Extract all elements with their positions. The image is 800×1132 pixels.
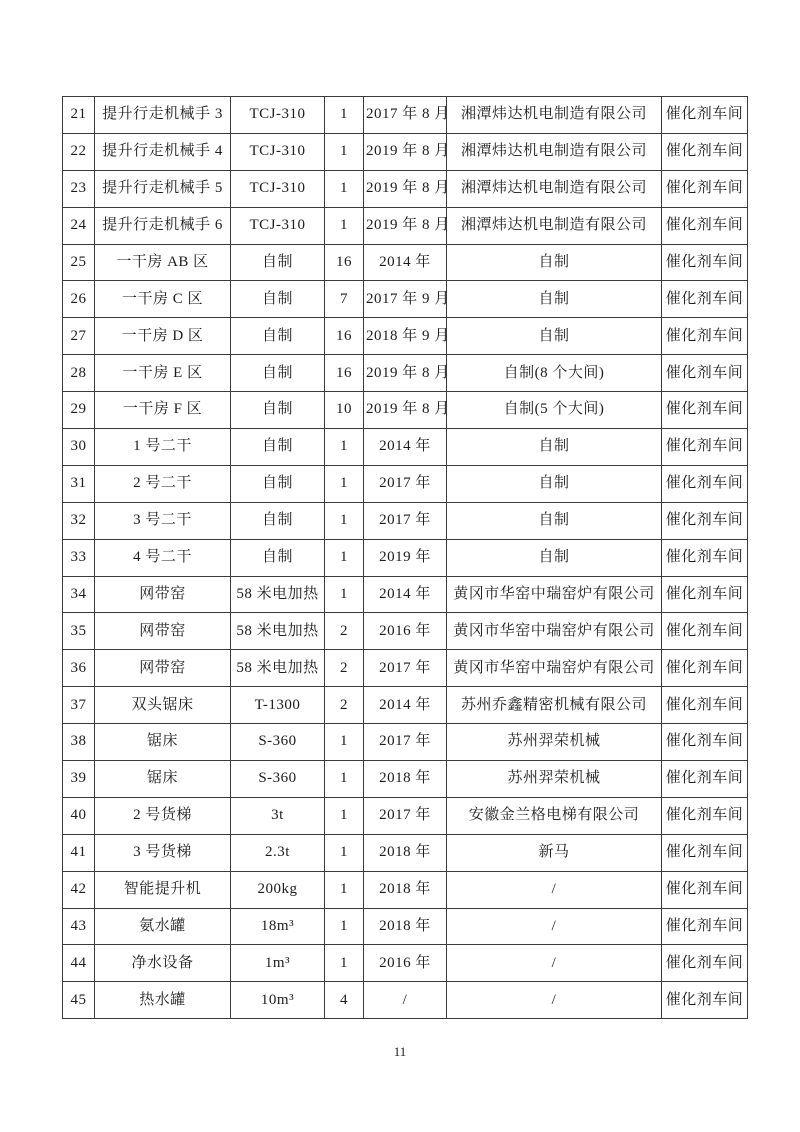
table-cell: 催化剂车间 <box>662 613 748 650</box>
table-row: 26一干房 C 区自制72017 年 9 月自制催化剂车间 <box>63 281 748 318</box>
table-cell: 2019 年 8 月 <box>364 392 447 429</box>
table-cell: 催化剂车间 <box>662 797 748 834</box>
table-cell: 1 <box>325 465 364 502</box>
table-cell: 催化剂车间 <box>662 871 748 908</box>
table-cell: 7 <box>325 281 364 318</box>
table-cell: 26 <box>63 281 95 318</box>
table-cell: 23 <box>63 170 95 207</box>
table-cell: 自制 <box>447 502 662 539</box>
table-cell: 一干房 C 区 <box>95 281 231 318</box>
table-cell: 200kg <box>231 871 325 908</box>
table-cell: 44 <box>63 945 95 982</box>
table-row: 34网带窑58 米电加热12014 年黄冈市华窑中瑞窑炉有限公司催化剂车间 <box>63 576 748 613</box>
table-cell: / <box>447 982 662 1019</box>
table-cell: 自制 <box>447 429 662 466</box>
table-cell: 2018 年 <box>364 834 447 871</box>
table-cell: 1 <box>325 133 364 170</box>
table-cell: 3 号二干 <box>95 502 231 539</box>
table-cell: 自制 <box>231 244 325 281</box>
table-cell: 提升行走机械手 6 <box>95 207 231 244</box>
table-cell: 催化剂车间 <box>662 502 748 539</box>
table-cell: 2016 年 <box>364 945 447 982</box>
table-cell: 自制(5 个大间) <box>447 392 662 429</box>
table-cell: 1 <box>325 576 364 613</box>
table-cell: 1 <box>325 207 364 244</box>
table-cell: 催化剂车间 <box>662 97 748 134</box>
table-cell: / <box>447 908 662 945</box>
table-cell: 网带窑 <box>95 650 231 687</box>
equipment-table-body: 21提升行走机械手 3TCJ-31012017 年 8 月湘潭炜达机电制造有限公… <box>63 97 748 1019</box>
table-cell: TCJ-310 <box>231 207 325 244</box>
table-cell: 网带窑 <box>95 613 231 650</box>
table-cell: 黄冈市华窑中瑞窑炉有限公司 <box>447 650 662 687</box>
table-cell: 2018 年 9 月 <box>364 318 447 355</box>
table-cell: 2 <box>325 650 364 687</box>
table-cell: 2014 年 <box>364 429 447 466</box>
table-cell: 1 <box>325 502 364 539</box>
table-cell: 16 <box>325 355 364 392</box>
table-cell: 38 <box>63 724 95 761</box>
table-row: 44净水设备1m³12016 年/催化剂车间 <box>63 945 748 982</box>
table-row: 402 号货梯3t12017 年安徽金兰格电梯有限公司催化剂车间 <box>63 797 748 834</box>
table-row: 27一干房 D 区自制162018 年 9 月自制催化剂车间 <box>63 318 748 355</box>
table-cell: 21 <box>63 97 95 134</box>
table-cell: 2018 年 <box>364 761 447 798</box>
table-cell: 自制 <box>231 392 325 429</box>
table-cell: 3 号货梯 <box>95 834 231 871</box>
table-cell: 34 <box>63 576 95 613</box>
table-cell: 催化剂车间 <box>662 429 748 466</box>
table-cell: 催化剂车间 <box>662 908 748 945</box>
table-row: 36网带窑58 米电加热22017 年黄冈市华窑中瑞窑炉有限公司催化剂车间 <box>63 650 748 687</box>
table-cell: 自制 <box>447 465 662 502</box>
table-cell: 催化剂车间 <box>662 318 748 355</box>
table-cell: 27 <box>63 318 95 355</box>
table-cell: 29 <box>63 392 95 429</box>
table-cell: / <box>447 945 662 982</box>
table-cell: 2019 年 8 月 <box>364 133 447 170</box>
table-cell: 2017 年 9 月 <box>364 281 447 318</box>
table-cell: 催化剂车间 <box>662 355 748 392</box>
table-row: 37双头锯床T-130022014 年苏州乔鑫精密机械有限公司催化剂车间 <box>63 687 748 724</box>
table-cell: 2017 年 <box>364 724 447 761</box>
table-cell: 2017 年 <box>364 650 447 687</box>
table-cell: 2017 年 8 月 <box>364 97 447 134</box>
table-cell: 2019 年 8 月 <box>364 355 447 392</box>
table-cell: 网带窑 <box>95 576 231 613</box>
table-cell: 2017 年 <box>364 502 447 539</box>
table-cell: 催化剂车间 <box>662 650 748 687</box>
table-cell: / <box>364 982 447 1019</box>
table-row: 29一干房 F 区自制102019 年 8 月自制(5 个大间)催化剂车间 <box>63 392 748 429</box>
table-cell: 一干房 D 区 <box>95 318 231 355</box>
table-cell: 智能提升机 <box>95 871 231 908</box>
table-cell: 2017 年 <box>364 465 447 502</box>
table-cell: 湘潭炜达机电制造有限公司 <box>447 133 662 170</box>
table-cell: 自制 <box>447 281 662 318</box>
table-cell: 22 <box>63 133 95 170</box>
table-cell: 催化剂车间 <box>662 982 748 1019</box>
table-cell: 湘潭炜达机电制造有限公司 <box>447 97 662 134</box>
table-cell: 催化剂车间 <box>662 724 748 761</box>
page-number: 11 <box>0 1044 800 1060</box>
table-cell: 58 米电加热 <box>231 613 325 650</box>
table-cell: 10m³ <box>231 982 325 1019</box>
table-row: 21提升行走机械手 3TCJ-31012017 年 8 月湘潭炜达机电制造有限公… <box>63 97 748 134</box>
table-cell: TCJ-310 <box>231 170 325 207</box>
table-cell: 58 米电加热 <box>231 576 325 613</box>
table-cell: 1 <box>325 97 364 134</box>
table-row: 301 号二干自制12014 年自制催化剂车间 <box>63 429 748 466</box>
table-cell: 催化剂车间 <box>662 170 748 207</box>
table-cell: 自制 <box>447 244 662 281</box>
table-row: 24提升行走机械手 6TCJ-31012019 年 8 月湘潭炜达机电制造有限公… <box>63 207 748 244</box>
equipment-table: 21提升行走机械手 3TCJ-31012017 年 8 月湘潭炜达机电制造有限公… <box>62 96 748 1019</box>
table-row: 25一干房 AB 区自制162014 年自制催化剂车间 <box>63 244 748 281</box>
table-cell: 自制 <box>231 502 325 539</box>
table-cell: 1 <box>325 797 364 834</box>
table-cell: 催化剂车间 <box>662 207 748 244</box>
table-cell: 1 <box>325 908 364 945</box>
table-cell: 催化剂车间 <box>662 945 748 982</box>
table-row: 334 号二干自制12019 年自制催化剂车间 <box>63 539 748 576</box>
table-cell: 18m³ <box>231 908 325 945</box>
table-cell: 2014 年 <box>364 687 447 724</box>
table-cell: 41 <box>63 834 95 871</box>
table-cell: 自制 <box>231 318 325 355</box>
table-cell: 1 <box>325 761 364 798</box>
table-cell: 1 <box>325 871 364 908</box>
table-cell: 1 <box>325 170 364 207</box>
table-row: 312 号二干自制12017 年自制催化剂车间 <box>63 465 748 502</box>
table-cell: 4 号二干 <box>95 539 231 576</box>
table-cell: 1 号二干 <box>95 429 231 466</box>
table-cell: 32 <box>63 502 95 539</box>
table-cell: 催化剂车间 <box>662 687 748 724</box>
table-cell: 2014 年 <box>364 576 447 613</box>
table-cell: 一干房 E 区 <box>95 355 231 392</box>
table-cell: 提升行走机械手 5 <box>95 170 231 207</box>
table-row: 23提升行走机械手 5TCJ-31012019 年 8 月湘潭炜达机电制造有限公… <box>63 170 748 207</box>
table-row: 323 号二干自制12017 年自制催化剂车间 <box>63 502 748 539</box>
table-cell: 催化剂车间 <box>662 539 748 576</box>
table-cell: 24 <box>63 207 95 244</box>
table-cell: 自制 <box>231 429 325 466</box>
table-cell: 1 <box>325 945 364 982</box>
table-cell: 2 <box>325 613 364 650</box>
table-cell: 湘潭炜达机电制造有限公司 <box>447 207 662 244</box>
table-cell: 催化剂车间 <box>662 465 748 502</box>
table-cell: 42 <box>63 871 95 908</box>
table-row: 28一干房 E 区自制162019 年 8 月自制(8 个大间)催化剂车间 <box>63 355 748 392</box>
table-cell: 苏州羿荣机械 <box>447 724 662 761</box>
table-cell: 锯床 <box>95 761 231 798</box>
table-cell: 自制 <box>231 281 325 318</box>
table-cell: 2.3t <box>231 834 325 871</box>
table-cell: 苏州乔鑫精密机械有限公司 <box>447 687 662 724</box>
table-row: 43氨水罐18m³12018 年/催化剂车间 <box>63 908 748 945</box>
table-row: 42智能提升机200kg12018 年/催化剂车间 <box>63 871 748 908</box>
table-cell: 苏州羿荣机械 <box>447 761 662 798</box>
document-page: 21提升行走机械手 3TCJ-31012017 年 8 月湘潭炜达机电制造有限公… <box>0 0 800 1132</box>
table-cell: 自制(8 个大间) <box>447 355 662 392</box>
table-cell: 2 <box>325 687 364 724</box>
table-row: 45热水罐10m³4//催化剂车间 <box>63 982 748 1019</box>
table-cell: 16 <box>325 318 364 355</box>
table-cell: 热水罐 <box>95 982 231 1019</box>
table-cell: 催化剂车间 <box>662 761 748 798</box>
table-row: 38锯床S-36012017 年苏州羿荣机械催化剂车间 <box>63 724 748 761</box>
table-cell: / <box>447 871 662 908</box>
table-cell: 催化剂车间 <box>662 244 748 281</box>
table-cell: 黄冈市华窑中瑞窑炉有限公司 <box>447 576 662 613</box>
table-cell: 催化剂车间 <box>662 281 748 318</box>
table-cell: 自制 <box>231 355 325 392</box>
table-cell: S-360 <box>231 724 325 761</box>
table-cell: TCJ-310 <box>231 97 325 134</box>
table-cell: 自制 <box>231 465 325 502</box>
table-cell: 36 <box>63 650 95 687</box>
table-cell: 40 <box>63 797 95 834</box>
table-cell: 氨水罐 <box>95 908 231 945</box>
table-row: 35网带窑58 米电加热22016 年黄冈市华窑中瑞窑炉有限公司催化剂车间 <box>63 613 748 650</box>
table-cell: 2018 年 <box>364 871 447 908</box>
table-cell: 2016 年 <box>364 613 447 650</box>
table-cell: 39 <box>63 761 95 798</box>
table-cell: 16 <box>325 244 364 281</box>
table-cell: 2 号二干 <box>95 465 231 502</box>
table-cell: 31 <box>63 465 95 502</box>
table-cell: 3t <box>231 797 325 834</box>
table-cell: 催化剂车间 <box>662 576 748 613</box>
table-cell: T-1300 <box>231 687 325 724</box>
table-cell: 催化剂车间 <box>662 834 748 871</box>
table-row: 413 号货梯2.3t12018 年新马催化剂车间 <box>63 834 748 871</box>
table-cell: 30 <box>63 429 95 466</box>
table-cell: 净水设备 <box>95 945 231 982</box>
table-cell: 湘潭炜达机电制造有限公司 <box>447 170 662 207</box>
table-cell: 安徽金兰格电梯有限公司 <box>447 797 662 834</box>
table-cell: 提升行走机械手 3 <box>95 97 231 134</box>
table-cell: 2019 年 8 月 <box>364 207 447 244</box>
table-cell: 10 <box>325 392 364 429</box>
table-cell: 45 <box>63 982 95 1019</box>
table-cell: S-360 <box>231 761 325 798</box>
table-cell: 一干房 AB 区 <box>95 244 231 281</box>
table-cell: 2018 年 <box>364 908 447 945</box>
table-cell: 2017 年 <box>364 797 447 834</box>
table-cell: 28 <box>63 355 95 392</box>
table-cell: 2014 年 <box>364 244 447 281</box>
table-cell: 催化剂车间 <box>662 133 748 170</box>
table-cell: 自制 <box>447 539 662 576</box>
table-cell: 自制 <box>231 539 325 576</box>
table-cell: 35 <box>63 613 95 650</box>
table-cell: 锯床 <box>95 724 231 761</box>
table-cell: 43 <box>63 908 95 945</box>
table-cell: 1 <box>325 429 364 466</box>
table-row: 22提升行走机械手 4TCJ-31012019 年 8 月湘潭炜达机电制造有限公… <box>63 133 748 170</box>
table-cell: 1 <box>325 834 364 871</box>
table-cell: 2 号货梯 <box>95 797 231 834</box>
table-cell: 自制 <box>447 318 662 355</box>
table-cell: 新马 <box>447 834 662 871</box>
table-cell: 双头锯床 <box>95 687 231 724</box>
table-cell: 25 <box>63 244 95 281</box>
table-cell: TCJ-310 <box>231 133 325 170</box>
table-cell: 58 米电加热 <box>231 650 325 687</box>
table-row: 39锯床S-36012018 年苏州羿荣机械催化剂车间 <box>63 761 748 798</box>
table-cell: 1m³ <box>231 945 325 982</box>
table-cell: 2019 年 8 月 <box>364 170 447 207</box>
table-cell: 1 <box>325 724 364 761</box>
table-cell: 一干房 F 区 <box>95 392 231 429</box>
table-cell: 2019 年 <box>364 539 447 576</box>
table-cell: 提升行走机械手 4 <box>95 133 231 170</box>
table-cell: 催化剂车间 <box>662 392 748 429</box>
table-cell: 33 <box>63 539 95 576</box>
table-cell: 37 <box>63 687 95 724</box>
table-cell: 黄冈市华窑中瑞窑炉有限公司 <box>447 613 662 650</box>
table-cell: 4 <box>325 982 364 1019</box>
table-cell: 1 <box>325 539 364 576</box>
